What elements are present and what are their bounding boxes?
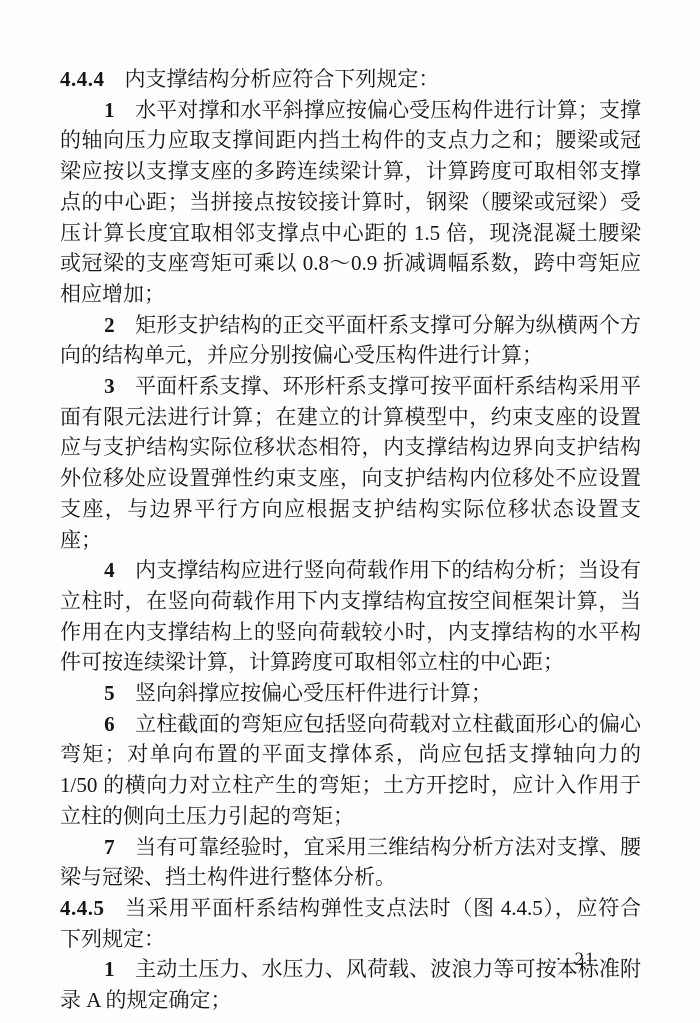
clause-item-1: 1水平对撑和水平斜撑应按偏心受压构件进行计算；支撑的轴向压力应取支撑间距内挡土构… (60, 95, 641, 310)
item-number: 7 (104, 835, 115, 859)
clause-item-2: 2矩形支护结构的正交平面杆系支撑可分解为纵横两个方向的结构单元，并应分别按偏心受… (60, 310, 641, 371)
item-text: 当有可靠经验时，宜采用三维结构分析方法对支撑、腰梁与冠梁、挡土构件进行整体分析。 (60, 835, 641, 890)
clause-heading-4-4-5: 4.4.5当采用平面杆系结构弹性支点法时（图 4.4.5），应符合下列规定： (60, 893, 641, 954)
item-number: 1 (104, 98, 115, 122)
clause-item-6: 6立柱截面的弯矩应包括竖向荷载对立柱截面形心的偏心弯矩；对单向布置的平面支撑体系… (60, 709, 641, 832)
item-number: 2 (104, 313, 115, 337)
clause-number: 4.4.4 (60, 67, 105, 91)
clause-item-3: 3平面杆系支撑、环形杆系支撑可按平面杆系结构采用平面有限元法进行计算；在建立的计… (60, 371, 641, 555)
item-text: 水平对撑和水平斜撑应按偏心受压构件进行计算；支撑的轴向压力应取支撑间距内挡土构件… (60, 98, 641, 306)
clause-number: 4.4.5 (60, 896, 105, 920)
clause-text: 当采用平面杆系结构弹性支点法时（图 4.4.5），应符合下列规定： (60, 896, 641, 951)
item-text: 竖向斜撑应按偏心受压杆件进行计算； (135, 681, 492, 705)
clause-heading-4-4-4: 4.4.4内支撑结构分析应符合下列规定： (60, 64, 641, 95)
scanned-document-page: 4.4.4内支撑结构分析应符合下列规定： 1水平对撑和水平斜撑应按偏心受压构件进… (0, 0, 700, 1023)
clause-item-4: 4内支撑结构应进行竖向荷载作用下的结构分析；当设有立柱时，在竖向荷载作用下内支撑… (60, 555, 641, 678)
page-number: · 21 · (553, 949, 617, 971)
item-text: 立柱截面的弯矩应包括竖向荷载对立柱截面形心的偏心弯矩；对单向布置的平面支撑体系，… (60, 712, 641, 828)
clause-item-7: 7当有可靠经验时，宜采用三维结构分析方法对支撑、腰梁与冠梁、挡土构件进行整体分析… (60, 832, 641, 893)
item-number: 4 (104, 558, 115, 582)
item-text: 内支撑结构应进行竖向荷载作用下的结构分析；当设有立柱时，在竖向荷载作用下内支撑结… (60, 558, 641, 674)
item-number: 6 (104, 712, 115, 736)
item-number: 5 (104, 681, 115, 705)
item-number: 1 (104, 957, 115, 981)
clause-text: 内支撑结构分析应符合下列规定： (124, 67, 439, 91)
item-number: 3 (104, 374, 115, 398)
clause-item-5: 5竖向斜撑应按偏心受压杆件进行计算； (60, 678, 641, 709)
item-text: 矩形支护结构的正交平面杆系支撑可分解为纵横两个方向的结构单元，并应分别按偏心受压… (60, 313, 641, 368)
page-body-text: 4.4.4内支撑结构分析应符合下列规定： 1水平对撑和水平斜撑应按偏心受压构件进… (60, 64, 641, 1016)
item-text: 平面杆系支撑、环形杆系支撑可按平面杆系结构采用平面有限元法进行计算；在建立的计算… (60, 374, 641, 552)
